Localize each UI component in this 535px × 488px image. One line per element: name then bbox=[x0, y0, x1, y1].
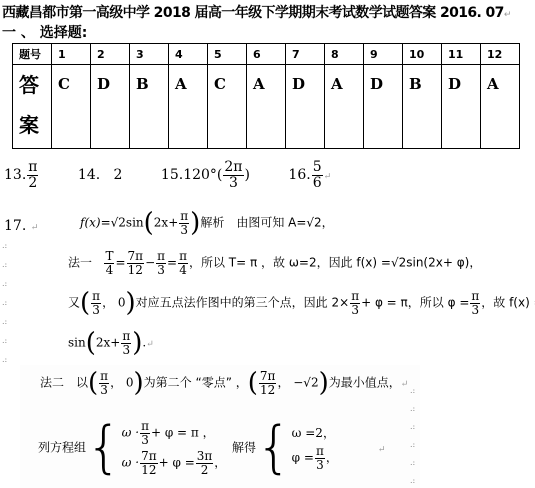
q17-line-1: f(x)=√2sin(2x+π3)解析 由图可知 A=√2， bbox=[80, 210, 334, 236]
answer-cell: B bbox=[403, 65, 442, 149]
answer-label: 答 案 bbox=[13, 65, 52, 149]
question-number: 7 bbox=[286, 44, 325, 65]
system-equation-2: ω ·7π12+ φ =3π2， bbox=[122, 450, 227, 476]
answer-cell: D bbox=[442, 65, 481, 149]
answer-cell: A bbox=[481, 65, 520, 149]
question-number: 4 bbox=[169, 44, 208, 65]
answer-table-answer-row: 答 案 C D B A C A D A D B D A bbox=[13, 65, 520, 149]
answer-cell: D bbox=[286, 65, 325, 149]
paragraph-marks-left: .:.:.:.:.:.:.: bbox=[2, 236, 7, 369]
question-number: 5 bbox=[208, 44, 247, 65]
q17-method-1: 法一 T4=7π12−π3=π4，所以 T= π ，故 ω=2，因此 f(x) … bbox=[68, 250, 481, 276]
question-number: 8 bbox=[325, 44, 364, 65]
q17-line-4: sin(2x+π3).↵ bbox=[68, 330, 154, 356]
answer-cell: A bbox=[169, 65, 208, 149]
question-number: 3 bbox=[130, 44, 169, 65]
question-number-label: 题号 bbox=[13, 44, 52, 65]
answer-cell: C bbox=[52, 65, 91, 149]
answer-14: 14. 2 bbox=[78, 167, 123, 183]
answer-table-header-row: 题号 1 2 3 4 5 6 7 8 9 10 11 12 bbox=[13, 44, 520, 65]
question-number: 2 bbox=[91, 44, 130, 65]
answer-table: 题号 1 2 3 4 5 6 7 8 9 10 11 12 答 案 C D B … bbox=[12, 43, 520, 149]
answer-cell: C bbox=[208, 65, 247, 149]
question-number: 9 bbox=[364, 44, 403, 65]
question-number: 10 bbox=[403, 44, 442, 65]
question-number: 1 bbox=[52, 44, 91, 65]
q17-method-2: 法二 以(π3， 0)为第二个 “零点” ，(7π12， −√2)为最小值点，↵ bbox=[40, 370, 408, 396]
question-17-label: 17. ↵ bbox=[4, 218, 38, 234]
answer-cell: D bbox=[91, 65, 130, 149]
answer-13: 13.π2 bbox=[4, 167, 39, 183]
q17-solution: 解得{ ω =2， φ =π3， ↵ bbox=[232, 420, 385, 476]
question-number: 11 bbox=[442, 44, 481, 65]
answer-cell: D bbox=[364, 65, 403, 149]
answer-cell: A bbox=[247, 65, 286, 149]
question-number: 6 bbox=[247, 44, 286, 65]
answer-label-char: 案 bbox=[19, 105, 51, 145]
solution-omega: ω =2， bbox=[292, 424, 338, 441]
section-heading-multiple-choice: 一 、 选择题: bbox=[2, 22, 87, 42]
question-number: 12 bbox=[481, 44, 520, 65]
solution-phi: φ =π3， bbox=[292, 445, 338, 471]
answer-cell: A bbox=[325, 65, 364, 149]
answer-label-char: 答 bbox=[19, 65, 51, 105]
q17-line-3: 又(π3， 0)对应五点法作图中的第三个点，因此 2×π3+ φ = π，所以 … bbox=[68, 290, 535, 316]
q17-equation-system: 列方程组{ ω ·π3+ φ = π ， ω ·7π12+ φ =3π2， bbox=[38, 420, 226, 476]
document-title: 西藏昌都市第一高级中学 2018 届高一年级下学期期末考试数学试题答案 2016… bbox=[2, 2, 511, 22]
answer-cell: B bbox=[130, 65, 169, 149]
answer-15: 15.120°(2π3) bbox=[161, 167, 250, 183]
system-equation-1: ω ·π3+ φ = π ， bbox=[122, 420, 227, 446]
fill-in-answers: 13.π2 14. 2 15.120°(2π3) 16.56↵ bbox=[4, 160, 365, 190]
paragraph-marks-right: .:.:.:.:.:.: bbox=[410, 382, 415, 488]
answer-16: 16.56↵ bbox=[288, 167, 331, 183]
